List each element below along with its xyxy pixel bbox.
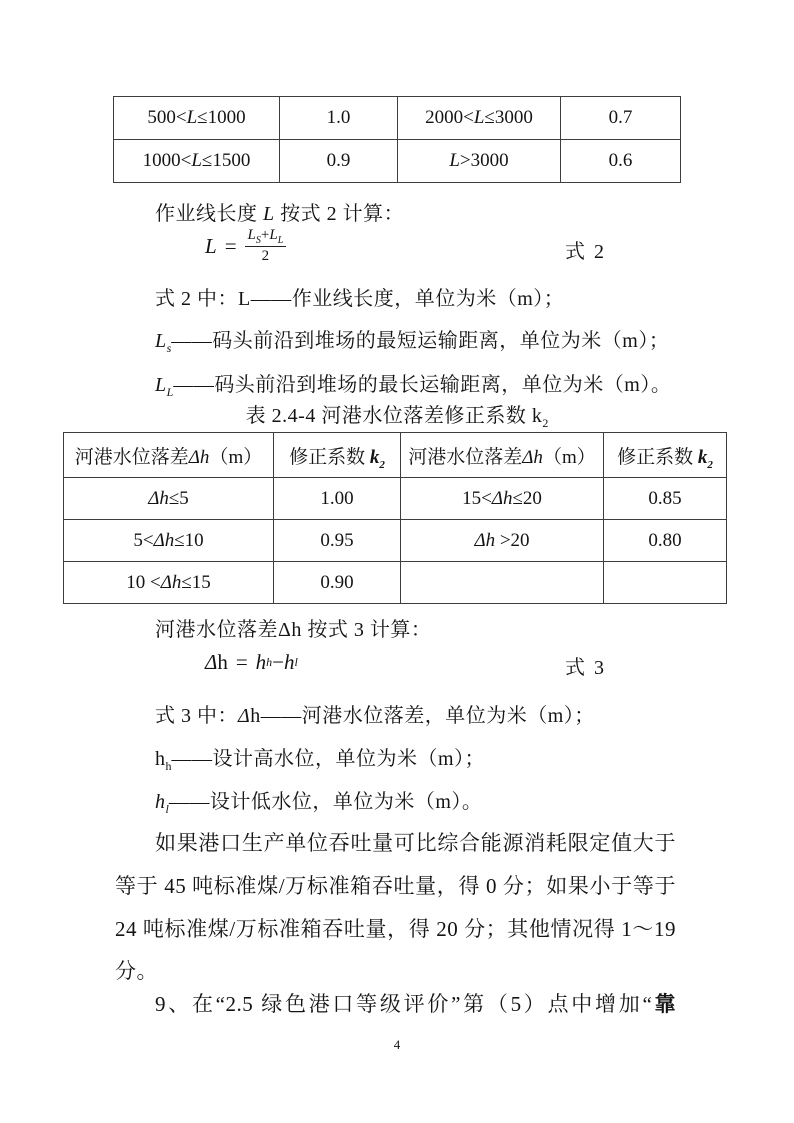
equation-label: 式 2	[565, 235, 606, 264]
table-cell	[604, 562, 727, 604]
header-cell: 修正系数 k2	[274, 433, 401, 478]
table-cell: 10 <Δh≤15	[64, 562, 274, 604]
header-cell: 修正系数 k2	[604, 433, 727, 478]
paragraph-line: 24 吨标准煤/万标准箱吞吐量，得 20 分；其他情况得 1～19	[115, 913, 676, 943]
table-cell: 0.95	[274, 520, 401, 562]
table-cell: 0.80	[604, 520, 727, 562]
table-cell: 0.6	[561, 140, 681, 183]
text-line-hl-def: hl——设计低水位，单位为米（m）。	[155, 785, 482, 814]
table-cell: L>3000	[398, 140, 561, 183]
text-line-hh-def: hh——设计高水位，单位为米（m）；	[155, 742, 485, 771]
table-cell: Δh >20	[401, 520, 604, 562]
table-cell: 500<L≤1000	[114, 97, 280, 140]
formula-2-expression: L = LS+LL 2	[205, 222, 286, 270]
table-row: 5<Δh≤10 0.95 Δh >20 0.80	[64, 520, 727, 562]
table-cell: 1.0	[280, 97, 398, 140]
text-line-item9: 9、在“2.5 绿色港口等级评价”第（5）点中增加“靠	[115, 988, 676, 1018]
table-cell: Δh≤5	[64, 478, 274, 520]
bold-char: 靠	[652, 992, 676, 1016]
table-cell: 0.85	[604, 478, 727, 520]
formula-3-expression: Δh = hh−hl	[205, 648, 298, 676]
table-row: 10 <Δh≤15 0.90	[64, 562, 727, 604]
header-cell: 河港水位落差Δh（m）	[401, 433, 604, 478]
table-cell: 0.90	[274, 562, 401, 604]
table-k2-caption: 表 2.4-4 河港水位落差修正系数 k2	[0, 399, 794, 428]
table-row: Δh≤5 1.00 15<Δh≤20 0.85	[64, 478, 727, 520]
table-cell: 15<Δh≤20	[401, 478, 604, 520]
table-k2: 河港水位落差Δh（m） 修正系数 k2 河港水位落差Δh（m） 修正系数 k2 …	[63, 432, 727, 604]
formula-2: L = LS+LL 2 式 2	[0, 222, 794, 270]
table-cell: 1.00	[274, 478, 401, 520]
table-cell	[401, 562, 604, 604]
table-l-correction: 500<L≤1000 1.0 2000<L≤3000 0.7 1000<L≤15…	[113, 96, 681, 183]
header-cell: 河港水位落差Δh（m）	[64, 433, 274, 478]
table-header-row: 河港水位落差Δh（m） 修正系数 k2 河港水位落差Δh（m） 修正系数 k2	[64, 433, 727, 478]
table-row: 1000<L≤1500 0.9 L>3000 0.6	[114, 140, 681, 183]
paragraph-line: 等于 45 吨标准煤/万标准箱吞吐量，得 0 分；如果小于等于	[115, 870, 676, 900]
text-line-eq3-def: 式 3 中：Δh——河港水位落差，单位为米（m）；	[155, 699, 595, 728]
paragraph-line: 分。	[115, 955, 158, 985]
text-line-eq2-def: 式 2 中：L——作业线长度，单位为米（m）；	[155, 282, 564, 311]
table-cell: 0.7	[561, 97, 681, 140]
table-row: 500<L≤1000 1.0 2000<L≤3000 0.7	[114, 97, 681, 140]
text-line-calc3: 河港水位落差Δh 按式 3 计算：	[155, 613, 431, 642]
table-cell: 1000<L≤1500	[114, 140, 280, 183]
text-line-ls-def: Ls——码头前沿到堆场的最短运输距离，单位为米（m）；	[155, 324, 669, 353]
formula-3: Δh = hh−hl 式 3	[0, 648, 794, 676]
equation-label: 式 3	[565, 651, 606, 680]
fraction: LS+LL 2	[245, 227, 287, 265]
page-number: 4	[0, 1037, 794, 1053]
table-cell: 5<Δh≤10	[64, 520, 274, 562]
table-cell: 0.9	[280, 140, 398, 183]
table-cell: 2000<L≤3000	[398, 97, 561, 140]
text-line-ll-def: LL——码头前沿到堆场的最长运输距离，单位为米（m）。	[155, 368, 671, 397]
document-page: 500<L≤1000 1.0 2000<L≤3000 0.7 1000<L≤15…	[0, 0, 794, 1123]
paragraph-line: 如果港口生产单位吞吐量可比综合能源消耗限定值大于	[115, 827, 676, 857]
